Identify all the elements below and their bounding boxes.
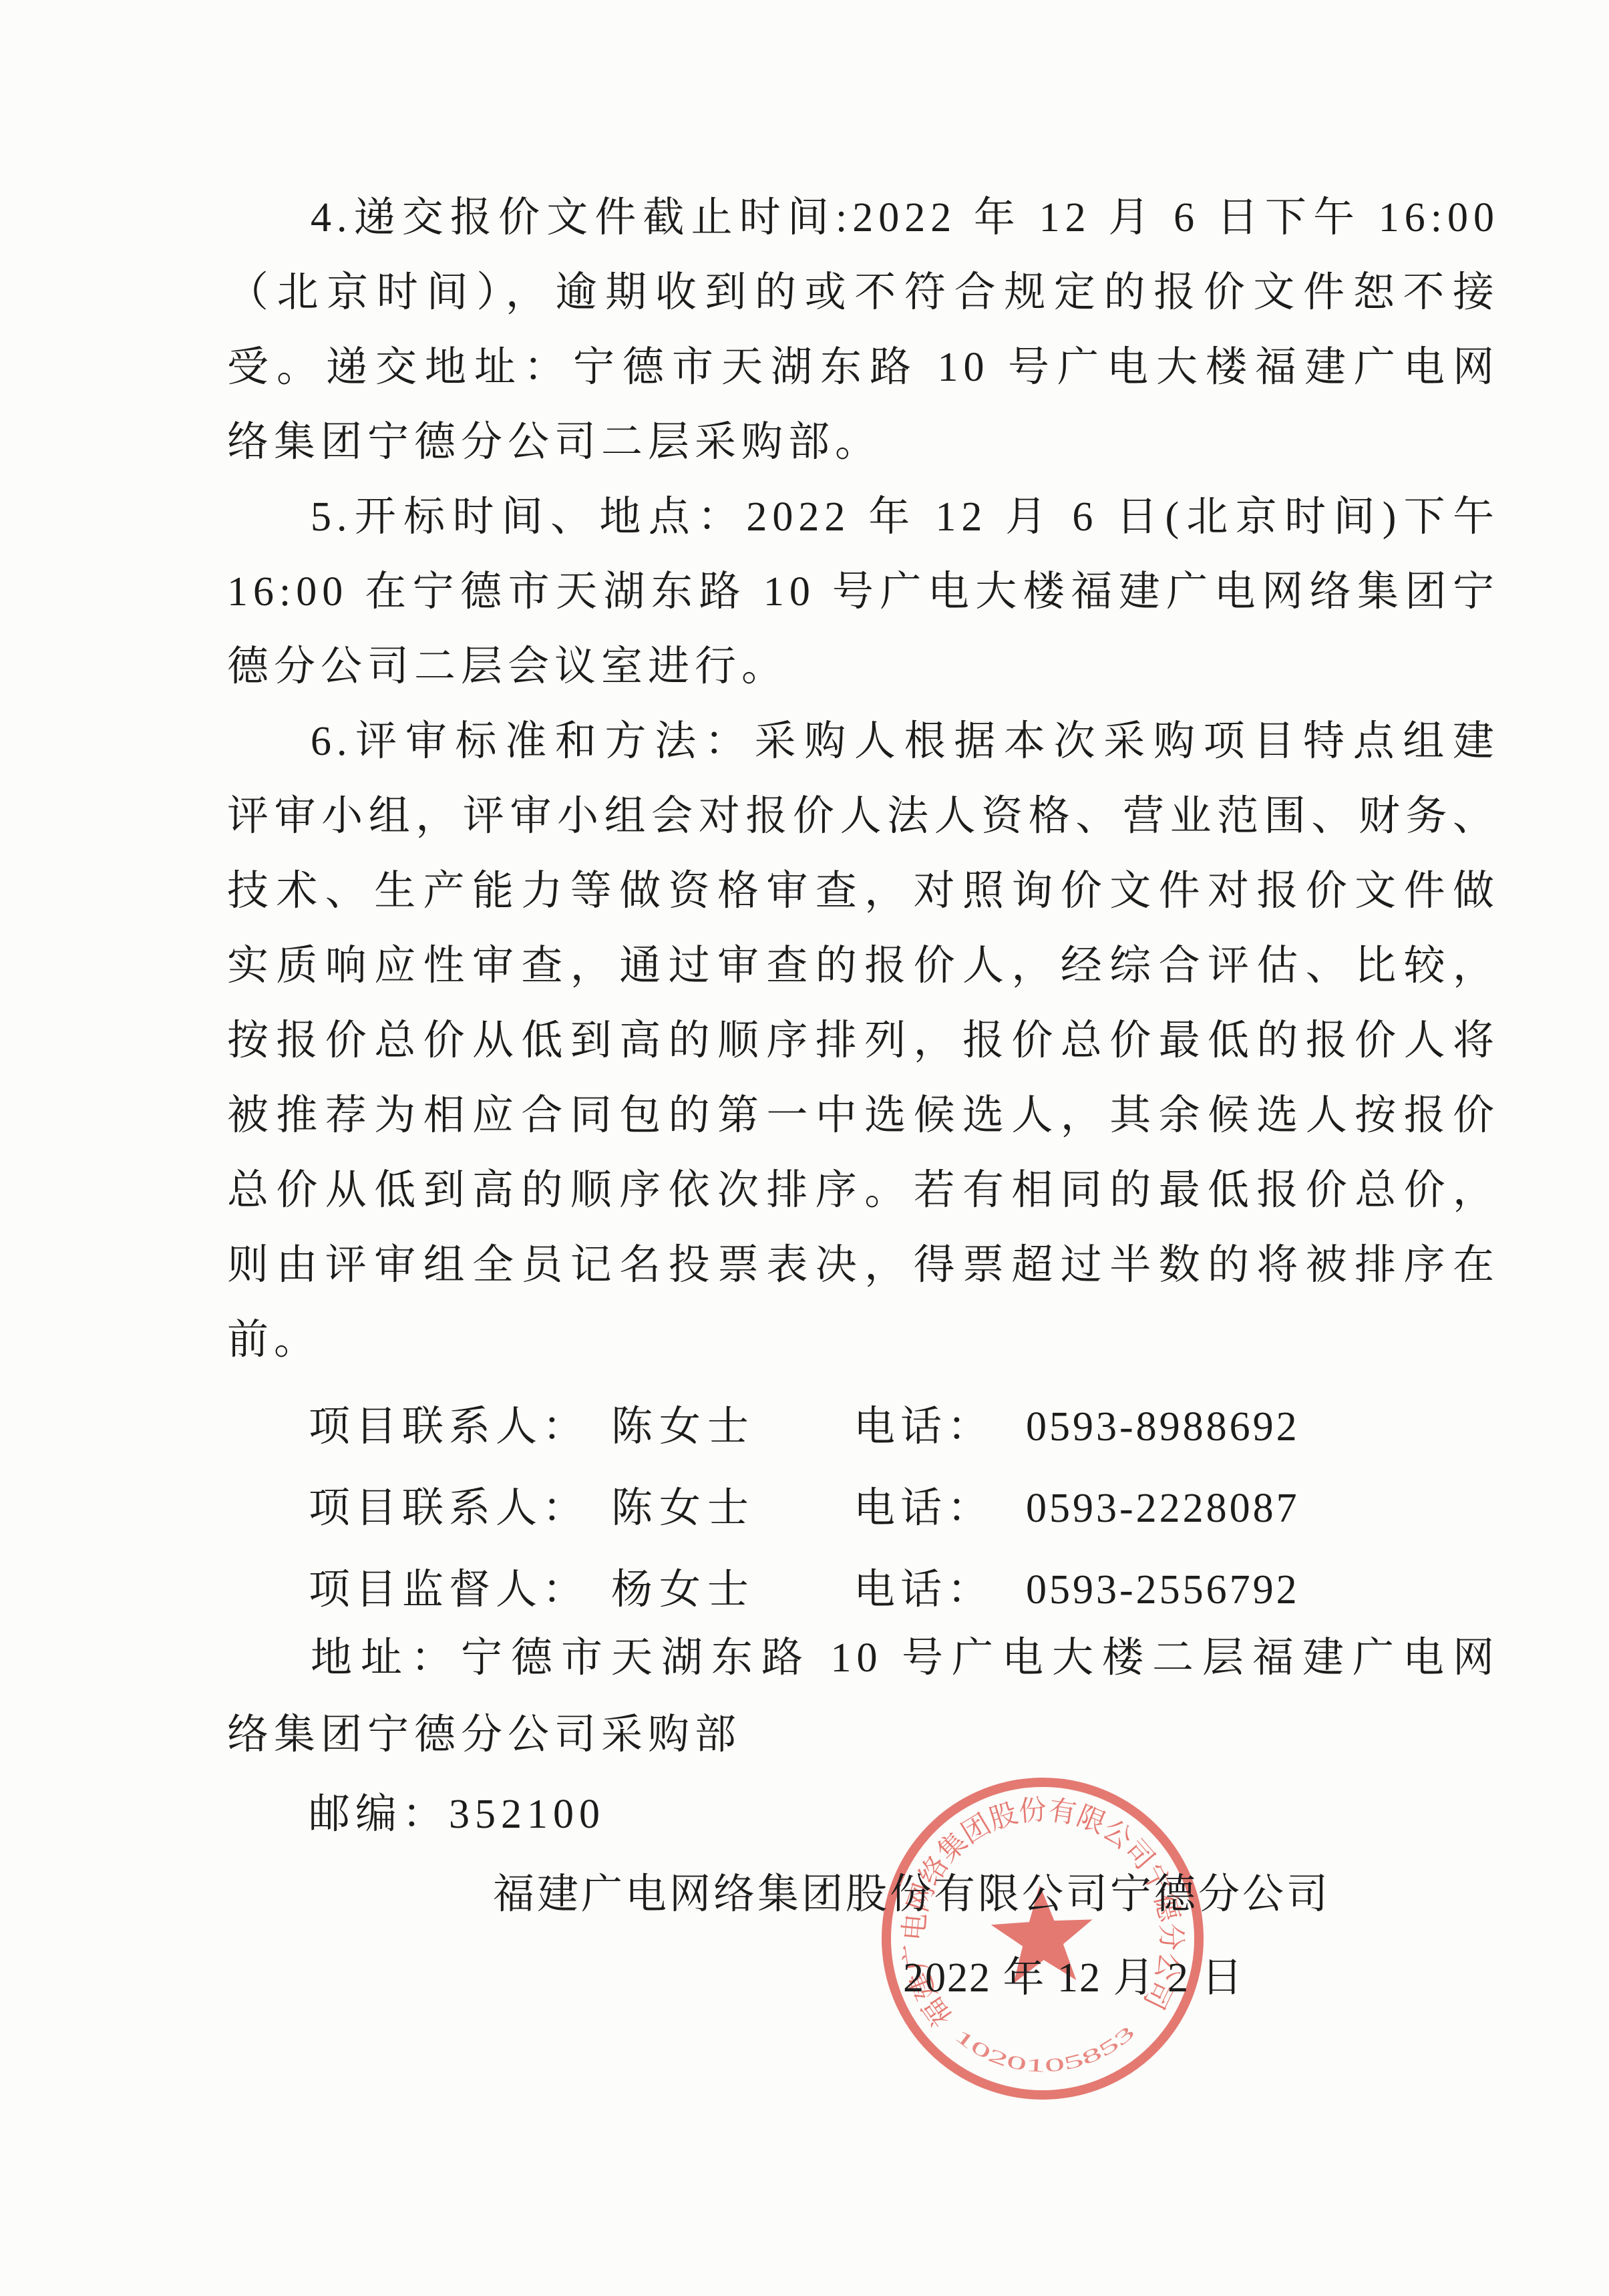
document-line: 6.评审标准和方法：采购人根据本次采购项目特点组建 xyxy=(227,704,1499,779)
document-line: 16:00 在宁德市天湖东路 10 号广电大楼福建广电网络集团宁 xyxy=(227,554,1499,629)
document-line: （北京时间），逾期收到的或不符合规定的报价文件恕不接 xyxy=(227,255,1499,330)
phone-label: 电话： xyxy=(854,1468,994,1549)
address-block: 地址：宁德市天湖东路 10 号广电大楼二层福建广电网 络集团宁德分公司采购部 xyxy=(227,1620,1499,1774)
document-line: 评审小组，评审小组会对报价人法人资格、营业范围、财务、 xyxy=(227,779,1499,854)
document-line: 总价从低到高的顺序依次排序。若有相同的最低报价总价， xyxy=(227,1153,1499,1228)
document-line: 前。 xyxy=(227,1303,1499,1377)
document-line: 则由评审组全员记名投票表决，得票超过半数的将被排序在 xyxy=(227,1228,1499,1303)
document-line: 按报价总价从低到高的顺序排列，报价总价最低的报价人将 xyxy=(227,1003,1499,1078)
contact-section: 项目联系人： 陈女士 电话： 0593-8988692 项目联系人： 陈女士 电… xyxy=(227,1386,1499,1631)
company-red-seal: 福建广电网络集团股份有限公司宁德分公司 1020105853 xyxy=(853,1749,1232,2128)
contact-role-label: 项目监督人： xyxy=(309,1549,589,1631)
document-line: 德分公司二层会议室进行。 xyxy=(227,629,1499,704)
phone-label: 电话： xyxy=(854,1386,994,1468)
phone-number: 0593-2228087 xyxy=(1026,1468,1300,1549)
address-line: 地址：宁德市天湖东路 10 号广电大楼二层福建广电网 xyxy=(227,1620,1499,1697)
address-line: 络集团宁德分公司采购部 xyxy=(227,1697,1499,1774)
signature-date: 2022 年 12 月 2 日 xyxy=(903,1941,1244,2015)
document-line: 技术、生产能力等做资格审查，对照询价文件对报价文件做 xyxy=(227,854,1499,929)
scanned-document-page: 4.递交报价文件截止时间:2022 年 12 月 6 日下午 16:00 （北京… xyxy=(0,0,1609,2296)
contact-name: 杨女士 xyxy=(611,1549,755,1631)
document-line: 络集团宁德分公司二层采购部。 xyxy=(227,405,1499,480)
contact-name: 陈女士 xyxy=(611,1468,755,1549)
contact-row: 项目联系人： 陈女士 电话： 0593-2228087 xyxy=(227,1468,1499,1549)
seal-serial-number: 1020105853 xyxy=(950,2016,1141,2082)
document-line: 被推荐为相应合同包的第一中选候选人，其余候选人按报价 xyxy=(227,1078,1499,1153)
contact-row: 项目监督人： 杨女士 电话： 0593-2556792 xyxy=(227,1549,1499,1631)
document-line: 4.递交报价文件截止时间:2022 年 12 月 6 日下午 16:00 xyxy=(227,180,1499,255)
phone-number: 0593-8988692 xyxy=(1026,1386,1300,1468)
document-line: 5.开标时间、地点：2022 年 12 月 6 日(北京时间)下午 xyxy=(227,480,1499,554)
phone-number: 0593-2556792 xyxy=(1026,1549,1300,1631)
document-body: 4.递交报价文件截止时间:2022 年 12 月 6 日下午 16:00 （北京… xyxy=(227,180,1499,1377)
document-line: 受。递交地址：宁德市天湖东路 10 号广电大楼福建广电网 xyxy=(227,330,1499,405)
signature-company-name: 福建广电网络集团股份有限公司宁德分公司 xyxy=(493,1857,1330,1932)
phone-label: 电话： xyxy=(854,1549,994,1631)
postal-code-line: 邮编：352100 xyxy=(309,1777,605,1852)
contact-name: 陈女士 xyxy=(611,1386,755,1468)
contact-role-label: 项目联系人： xyxy=(309,1386,589,1468)
document-line: 实质响应性审查，通过审查的报价人，经综合评估、比较， xyxy=(227,929,1499,1003)
contact-row: 项目联系人： 陈女士 电话： 0593-8988692 xyxy=(227,1386,1499,1468)
contact-role-label: 项目联系人： xyxy=(309,1468,589,1549)
